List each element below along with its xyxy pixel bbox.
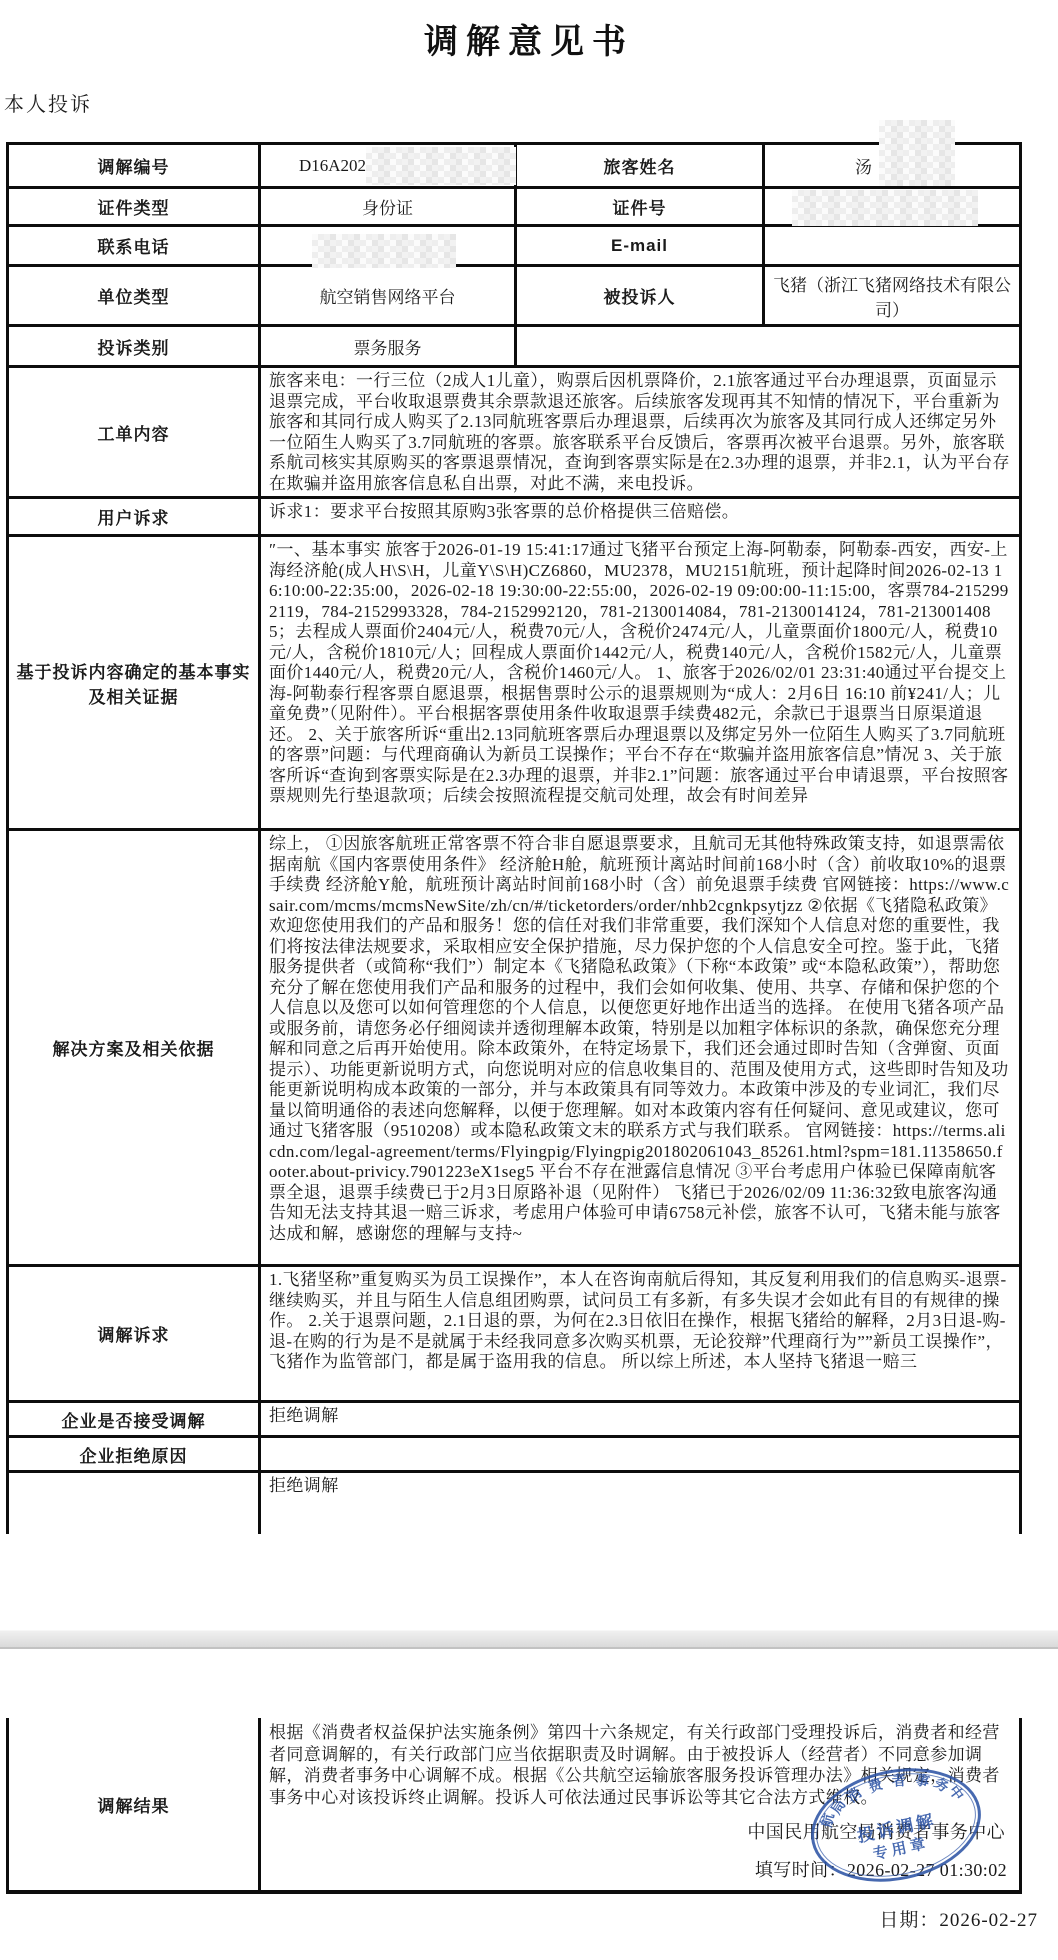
complaint-table: 调解编号 D16A202 旅客姓名 汤 证件类型 身份证 证件号 联系电话 E-… <box>6 142 1022 1534</box>
solution-text: 综上， ①因旅客航班正常客票不符合非自愿退票要求，且航司无其他特殊政策支持，如退… <box>260 830 1021 1266</box>
page-title: 调解意见书 <box>0 14 1058 63</box>
respondent-value: 飞猪（浙江飞猪网络技术有限公司） <box>764 266 1021 326</box>
user-demand-text: 诉求1：要求平台按照其原购3张客票的总价格提供三倍赔偿。 <box>260 498 1021 536</box>
table-row: 基于投诉内容确定的基本事实及相关证据 ″一、基本事实 旅客于2026-01-19… <box>8 536 1021 830</box>
mediation-document-page: 调解意见书 本人投诉 调解编号 D16A202 旅客姓名 汤 证件类型 身份证 … <box>0 0 1058 1960</box>
table-row: 投诉类别 票务服务 <box>8 326 1021 367</box>
accept-mediation-label: 企业是否接受调解 <box>8 1402 260 1437</box>
accept-mediation-text: 拒绝调解 <box>260 1402 1021 1437</box>
id-no-label: 证件号 <box>516 188 764 226</box>
extra-row-text: 拒绝调解 <box>260 1472 1021 1534</box>
basic-facts-text: ″一、基本事实 旅客于2026-01-19 15:41:17通过飞猪平台预定上海… <box>260 536 1021 830</box>
email-value <box>764 226 1021 266</box>
category-empty-cell <box>516 326 1021 367</box>
redaction-mosaic-mediation-no <box>366 147 516 185</box>
mediation-no-label: 调解编号 <box>8 144 260 188</box>
refuse-reason-label: 企业拒绝原因 <box>8 1437 260 1472</box>
table-row: 拒绝调解 <box>8 1472 1021 1534</box>
respondent-label: 被投诉人 <box>516 266 764 326</box>
redaction-mosaic-id-no <box>792 190 978 226</box>
table-row: 企业拒绝原因 <box>8 1437 1021 1472</box>
page-break-band <box>0 1630 1058 1649</box>
ticket-content-text: 旅客来电：一行三位（2成人1儿童），购票后因机票降价，2.1旅客通过平台办理退票… <box>260 367 1021 498</box>
phone-label: 联系电话 <box>8 226 260 266</box>
category-value: 票务服务 <box>260 326 516 367</box>
id-type-label: 证件类型 <box>8 188 260 226</box>
table-row: 用户诉求 诉求1：要求平台按照其原购3张客票的总价格提供三倍赔偿。 <box>8 498 1021 536</box>
document-date: 日期：2026-02-27 <box>879 1905 1038 1932</box>
table-row: 工单内容 旅客来电：一行三位（2成人1儿童），购票后因机票降价，2.1旅客通过平… <box>8 367 1021 498</box>
stamp-arc-char: 者 <box>891 1770 906 1791</box>
table-row: 单位类型 航空销售网络平台 被投诉人 飞猪（浙江飞猪网络技术有限公司） <box>8 266 1021 326</box>
basic-facts-label: 基于投诉内容确定的基本事实及相关证据 <box>8 536 260 830</box>
mediation-demand-label: 调解诉求 <box>8 1266 260 1402</box>
passenger-name-label: 旅客姓名 <box>516 144 764 188</box>
mediation-result-label: 调解结果 <box>8 1718 260 1892</box>
complaint-type-label: 本人投诉 <box>4 88 92 117</box>
table-row: 调解诉求 1.飞猪坚称”重复购买为员工误操作”，本人在咨询南航后得知，其反复利用… <box>8 1266 1021 1402</box>
mediation-demand-text: 1.飞猪坚称”重复购买为员工误操作”，本人在咨询南航后得知，其反复利用我们的信息… <box>260 1266 1021 1402</box>
redaction-mosaic-passenger-name <box>879 120 955 186</box>
solution-label: 解决方案及相关依据 <box>8 830 260 1266</box>
refuse-reason-text <box>260 1437 1021 1472</box>
redaction-mosaic-phone <box>312 234 456 268</box>
user-demand-label: 用户诉求 <box>8 498 260 536</box>
unit-type-value: 航空销售网络平台 <box>260 266 516 326</box>
unit-type-label: 单位类型 <box>8 266 260 326</box>
extra-row-label <box>8 1472 260 1534</box>
table-row: 解决方案及相关依据 综上， ①因旅客航班正常客票不符合非自愿退票要求，且航司无其… <box>8 830 1021 1266</box>
ticket-content-label: 工单内容 <box>8 367 260 498</box>
category-label: 投诉类别 <box>8 326 260 367</box>
id-type-value: 身份证 <box>260 188 516 226</box>
email-label: E-mail <box>516 226 764 266</box>
table-row: 联系电话 E-mail <box>8 226 1021 266</box>
table-row: 企业是否接受调解 拒绝调解 <box>8 1402 1021 1437</box>
